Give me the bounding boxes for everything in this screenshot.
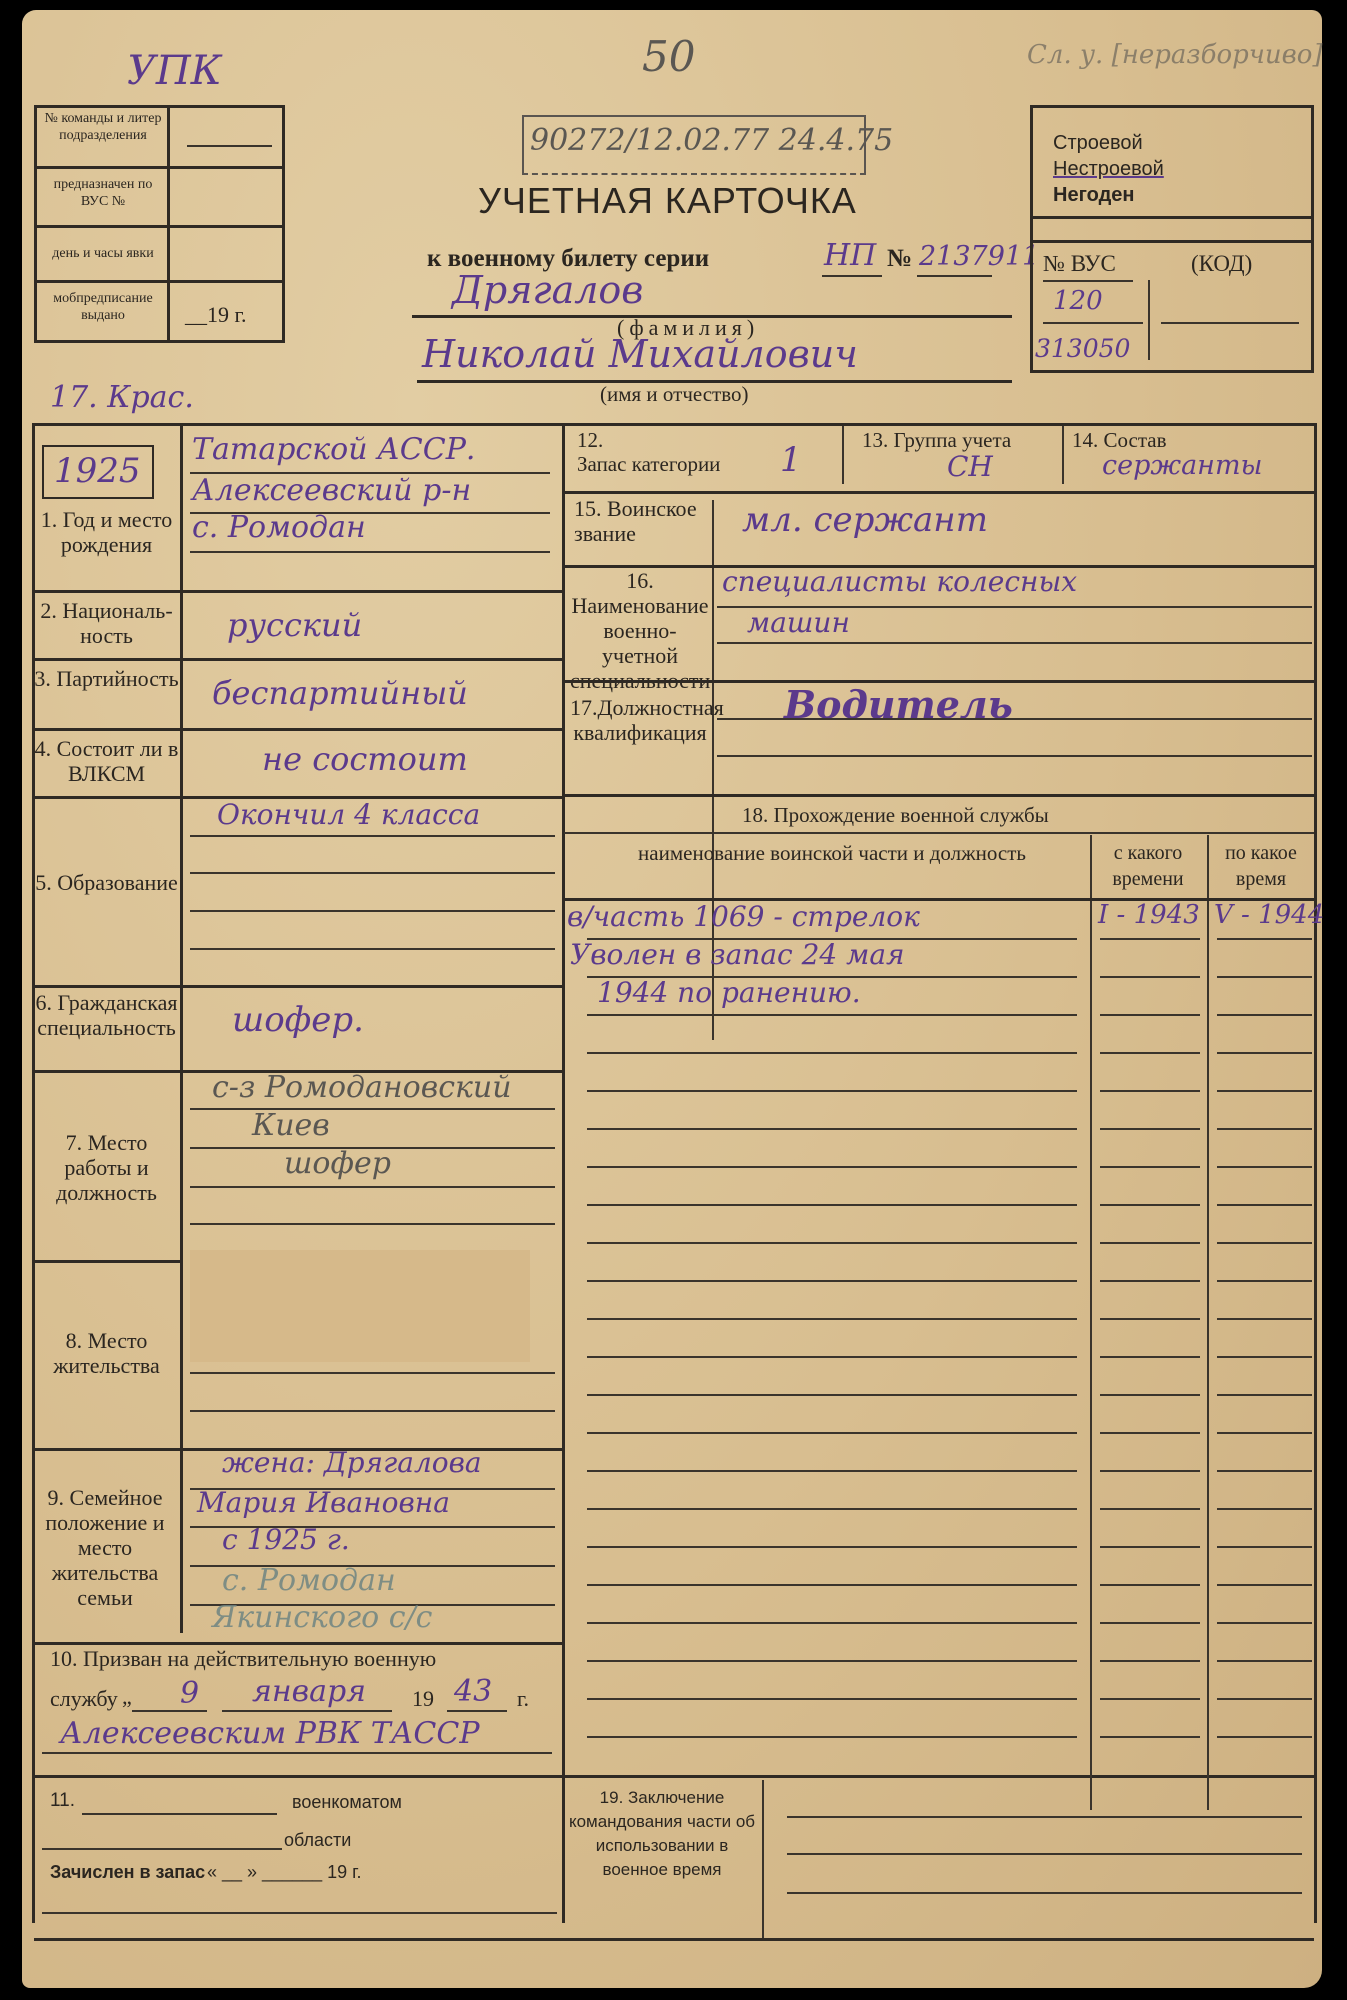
top-left-box: № команды и литер подразделения предназн… — [34, 105, 285, 343]
service-row-1-unit: в/часть 1069 - стрелок — [567, 900, 920, 933]
page-title: УЧЕТНАЯ КАРТОЧКА — [478, 180, 857, 222]
fitness-option-stroevoy: Строевой — [1053, 130, 1143, 156]
conscription-month: января — [252, 1674, 366, 1709]
archive-stamp-box: 90272/12.02.77 24.4.75 — [522, 115, 866, 175]
composition-value: сержанты — [1102, 450, 1263, 481]
conscription-day: 9 — [180, 1676, 199, 1711]
nationality-value: русский — [227, 606, 362, 644]
reserve-category-num: 12. — [577, 428, 603, 453]
fitness-option-nestroevoy: Нестроевой — [1053, 156, 1164, 182]
nationality-label: 2. Националь­ность — [34, 598, 179, 648]
mob-order-label: мобпредписание выдано — [41, 290, 165, 324]
specialty-line-1: специалисты колесных — [722, 565, 1077, 598]
civil-specialty-value: шофер. — [232, 1000, 364, 1040]
education-value: Окончил 4 класса — [217, 798, 480, 831]
ticket-number-label: № — [887, 245, 912, 273]
ticket-series: НП — [824, 238, 876, 273]
specialty-label: 16. Наименова­ние военно-учетной специал… — [570, 568, 710, 693]
top-right-box: Строевой Нестроевой Негоден № ВУС (КОД) … — [1030, 105, 1314, 373]
oblast-label: области — [284, 1830, 351, 1851]
team-label: № команды и литер подразделения — [41, 110, 165, 144]
rank-label: 15. Воинское звание — [574, 496, 704, 546]
family-line-3: с 1925 г. — [222, 1523, 350, 1556]
code-label: (КОД) — [1191, 251, 1252, 277]
registration-card: УПК 50 Сл. у. [неразборчиво] № команды и… — [22, 10, 1322, 1988]
margin-note: 17. Крас. — [50, 380, 194, 415]
conscription-year: 43 — [454, 1674, 492, 1709]
surname: Дрягалов — [452, 268, 643, 312]
reserve-label: Зачислен в запас — [50, 1862, 205, 1883]
account-group-value: СН — [947, 450, 993, 483]
service-row-1-to: V - 1944 — [1214, 900, 1324, 930]
voenkomat-label: военкоматом — [292, 1792, 402, 1813]
col-to-header: по какое время — [1209, 840, 1313, 892]
birth-place-line-1: Татарской АССР. — [192, 432, 475, 467]
vus-value-2: 313050 — [1035, 334, 1130, 363]
col-from-header: с какого времени — [1092, 840, 1204, 892]
rank-value: мл. сержант — [742, 500, 988, 540]
family-line-1: жена: Дрягалова — [222, 1446, 482, 1479]
conscription-label-2: службу — [50, 1686, 118, 1712]
field-11-number: 11. — [50, 1790, 75, 1812]
birth-label: 1. Год и место рождения — [34, 507, 179, 557]
birth-place-line-2: Алексеевский р-н — [192, 473, 471, 508]
conclusion-label: 19. Заключе­ние командо­вания части об и… — [567, 1786, 757, 1882]
specialty-line-2: машин — [747, 606, 850, 639]
corner-note: Сл. у. [неразборчиво] — [1027, 40, 1323, 70]
family-line-2: Мария Ивановна — [197, 1486, 450, 1519]
workplace-line-1: с-з Ромодановский — [212, 1070, 512, 1105]
komsomol-label: 4. Состоит ли в ВЛКСМ — [34, 736, 179, 786]
page-number: 50 — [642, 32, 695, 81]
fitness-option-negoden: Негоден — [1053, 182, 1134, 208]
workplace-label: 7. Место работы и должность — [34, 1130, 179, 1205]
family-line-4: с. Ромодан — [222, 1563, 396, 1598]
mob-order-value: __19 г. — [185, 302, 247, 328]
reserve-category-value: 1 — [780, 440, 802, 480]
residence-label: 8. Место жительства — [34, 1328, 179, 1378]
civil-specialty-label: 6. Граждан­ская специ­альность — [34, 990, 179, 1040]
corner-mark: УПК — [127, 48, 222, 94]
birth-place-line-3: с. Ромодан — [192, 510, 366, 545]
education-label: 5. Образо­вание — [34, 870, 179, 895]
name-patronymic: Николай Михайлович — [422, 332, 858, 376]
service-row-1-from: I - 1943 — [1098, 900, 1200, 930]
workplace-line-2: Киев — [252, 1108, 330, 1143]
family-line-5: Якинского с/с — [212, 1600, 432, 1635]
family-label: 9. Семейное положение и место жительства… — [30, 1485, 180, 1610]
birth-year-box: 1925 — [42, 445, 154, 499]
service-row-3-unit: 1944 по ранению. — [597, 976, 861, 1009]
qualification-label: 17.Должностная квалификация — [570, 695, 710, 745]
vus-assigned-label: предназначен по ВУС № — [41, 176, 165, 210]
party-value: беспартийный — [212, 674, 468, 712]
name-caption: (имя и отчество) — [600, 382, 749, 407]
reserve-category-label: Запас категории — [577, 452, 720, 477]
birth-year: 1925 — [54, 451, 141, 491]
party-label: 3. Партий­ность — [34, 666, 179, 691]
conscription-label: 10. Призван на действительную военную — [50, 1646, 436, 1672]
service-title: 18. Прохождение военной службы — [742, 803, 1049, 828]
vus-label: № ВУС — [1043, 251, 1116, 277]
service-row-2-unit: Уволен в запас 24 мая — [570, 938, 905, 971]
komsomol-value: не состоит — [262, 740, 468, 778]
arrival-label: день и часы явки — [41, 244, 165, 263]
conscription-year-suffix: г. — [517, 1686, 529, 1712]
reserve-date: « __ » ______ 19 г. — [207, 1862, 362, 1883]
conscription-year-prefix: 19 — [412, 1686, 434, 1712]
col-unit-header: наименование воинской части и должность — [582, 840, 1082, 866]
redacted-address — [190, 1250, 530, 1362]
qualification-value: Водитель — [784, 682, 1013, 727]
conscription-by: Алексеевским РВК ТАССР — [60, 1716, 480, 1751]
ticket-number: 2137911 — [919, 241, 1039, 272]
vus-value: 120 — [1053, 286, 1103, 316]
archive-stamp: 90272/12.02.77 24.4.75 — [530, 123, 893, 158]
workplace-line-3: шофер — [284, 1146, 391, 1181]
